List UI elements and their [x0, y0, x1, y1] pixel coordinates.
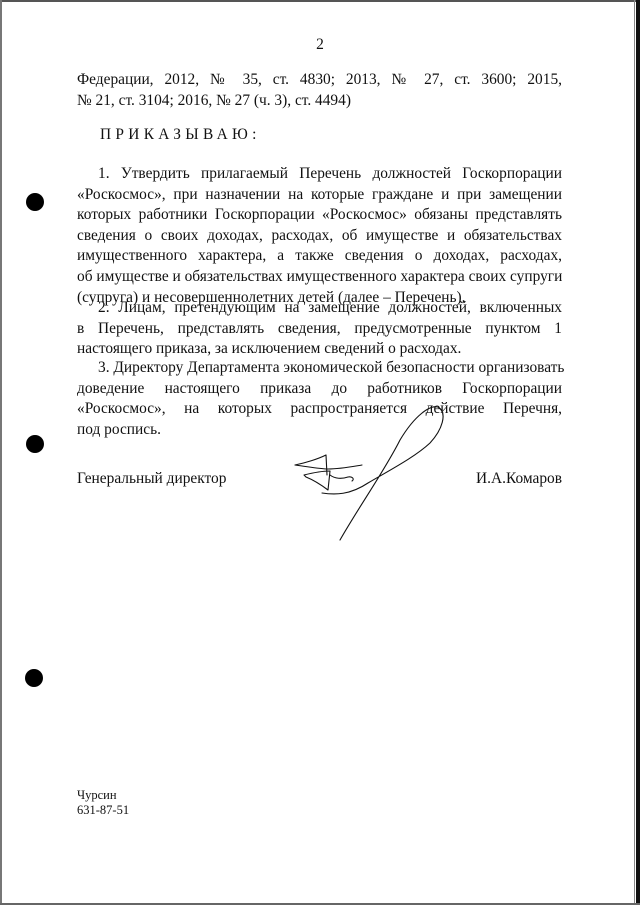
executor-phone: 631-87-51 [77, 803, 129, 818]
text-line: 1. Утвердить прилагаемый Перечень должно… [77, 164, 562, 185]
document-page: 2 Федерации, 2012, № 35, ст. 4830; 2013,… [0, 0, 640, 905]
punch-hole-icon [26, 193, 44, 211]
order-heading: ПРИКАЗЫВАЮ: [100, 126, 261, 144]
intro-paragraph: Федерации, 2012, № 35, ст. 4830; 2013, №… [77, 70, 562, 111]
text-line: сведения о своих доходах, расходах, об и… [77, 226, 562, 247]
punch-hole-icon [26, 435, 44, 453]
item-1-paragraph: 1. Утвердить прилагаемый Перечень должно… [77, 164, 562, 308]
item-2-paragraph: 2. Лицам, претендующим на замещение долж… [77, 298, 562, 360]
scan-edge-right-inner [634, 0, 635, 905]
text-line: «Роскосмос», при назначении на которые г… [77, 185, 562, 206]
scan-edge-right [636, 0, 640, 905]
text-line: № 21, ст. 3104; 2016, № 27 (ч. 3), ст. 4… [77, 91, 562, 112]
text-line: 2. Лицам, претендующим на замещение долж… [77, 298, 562, 319]
text-line: настоящего приказа, за исключением сведе… [77, 339, 562, 360]
page-number: 2 [0, 36, 640, 54]
signatory-name: И.А.Комаров [476, 470, 562, 488]
text-line: Федерации, 2012, № 35, ст. 4830; 2013, №… [77, 70, 562, 91]
scan-edge-top [0, 0, 640, 2]
executor-name: Чурсин [77, 788, 129, 803]
text-line: которых работники Госкорпорации «Роскосм… [77, 205, 562, 226]
text-line: 3. Директору Департамента экономической … [77, 358, 562, 379]
text-line: в Перечень, представлять сведения, преду… [77, 319, 562, 340]
signatory-title: Генеральный директор [77, 470, 226, 488]
punch-hole-icon [25, 669, 43, 687]
text-line: об имуществе и обязательствах имуществен… [77, 267, 562, 288]
executor-info: Чурсин 631-87-51 [77, 788, 129, 818]
handwritten-signature-icon [280, 395, 460, 555]
text-line: имущественного характера, а также сведен… [77, 246, 562, 267]
scan-edge-left [0, 0, 2, 905]
